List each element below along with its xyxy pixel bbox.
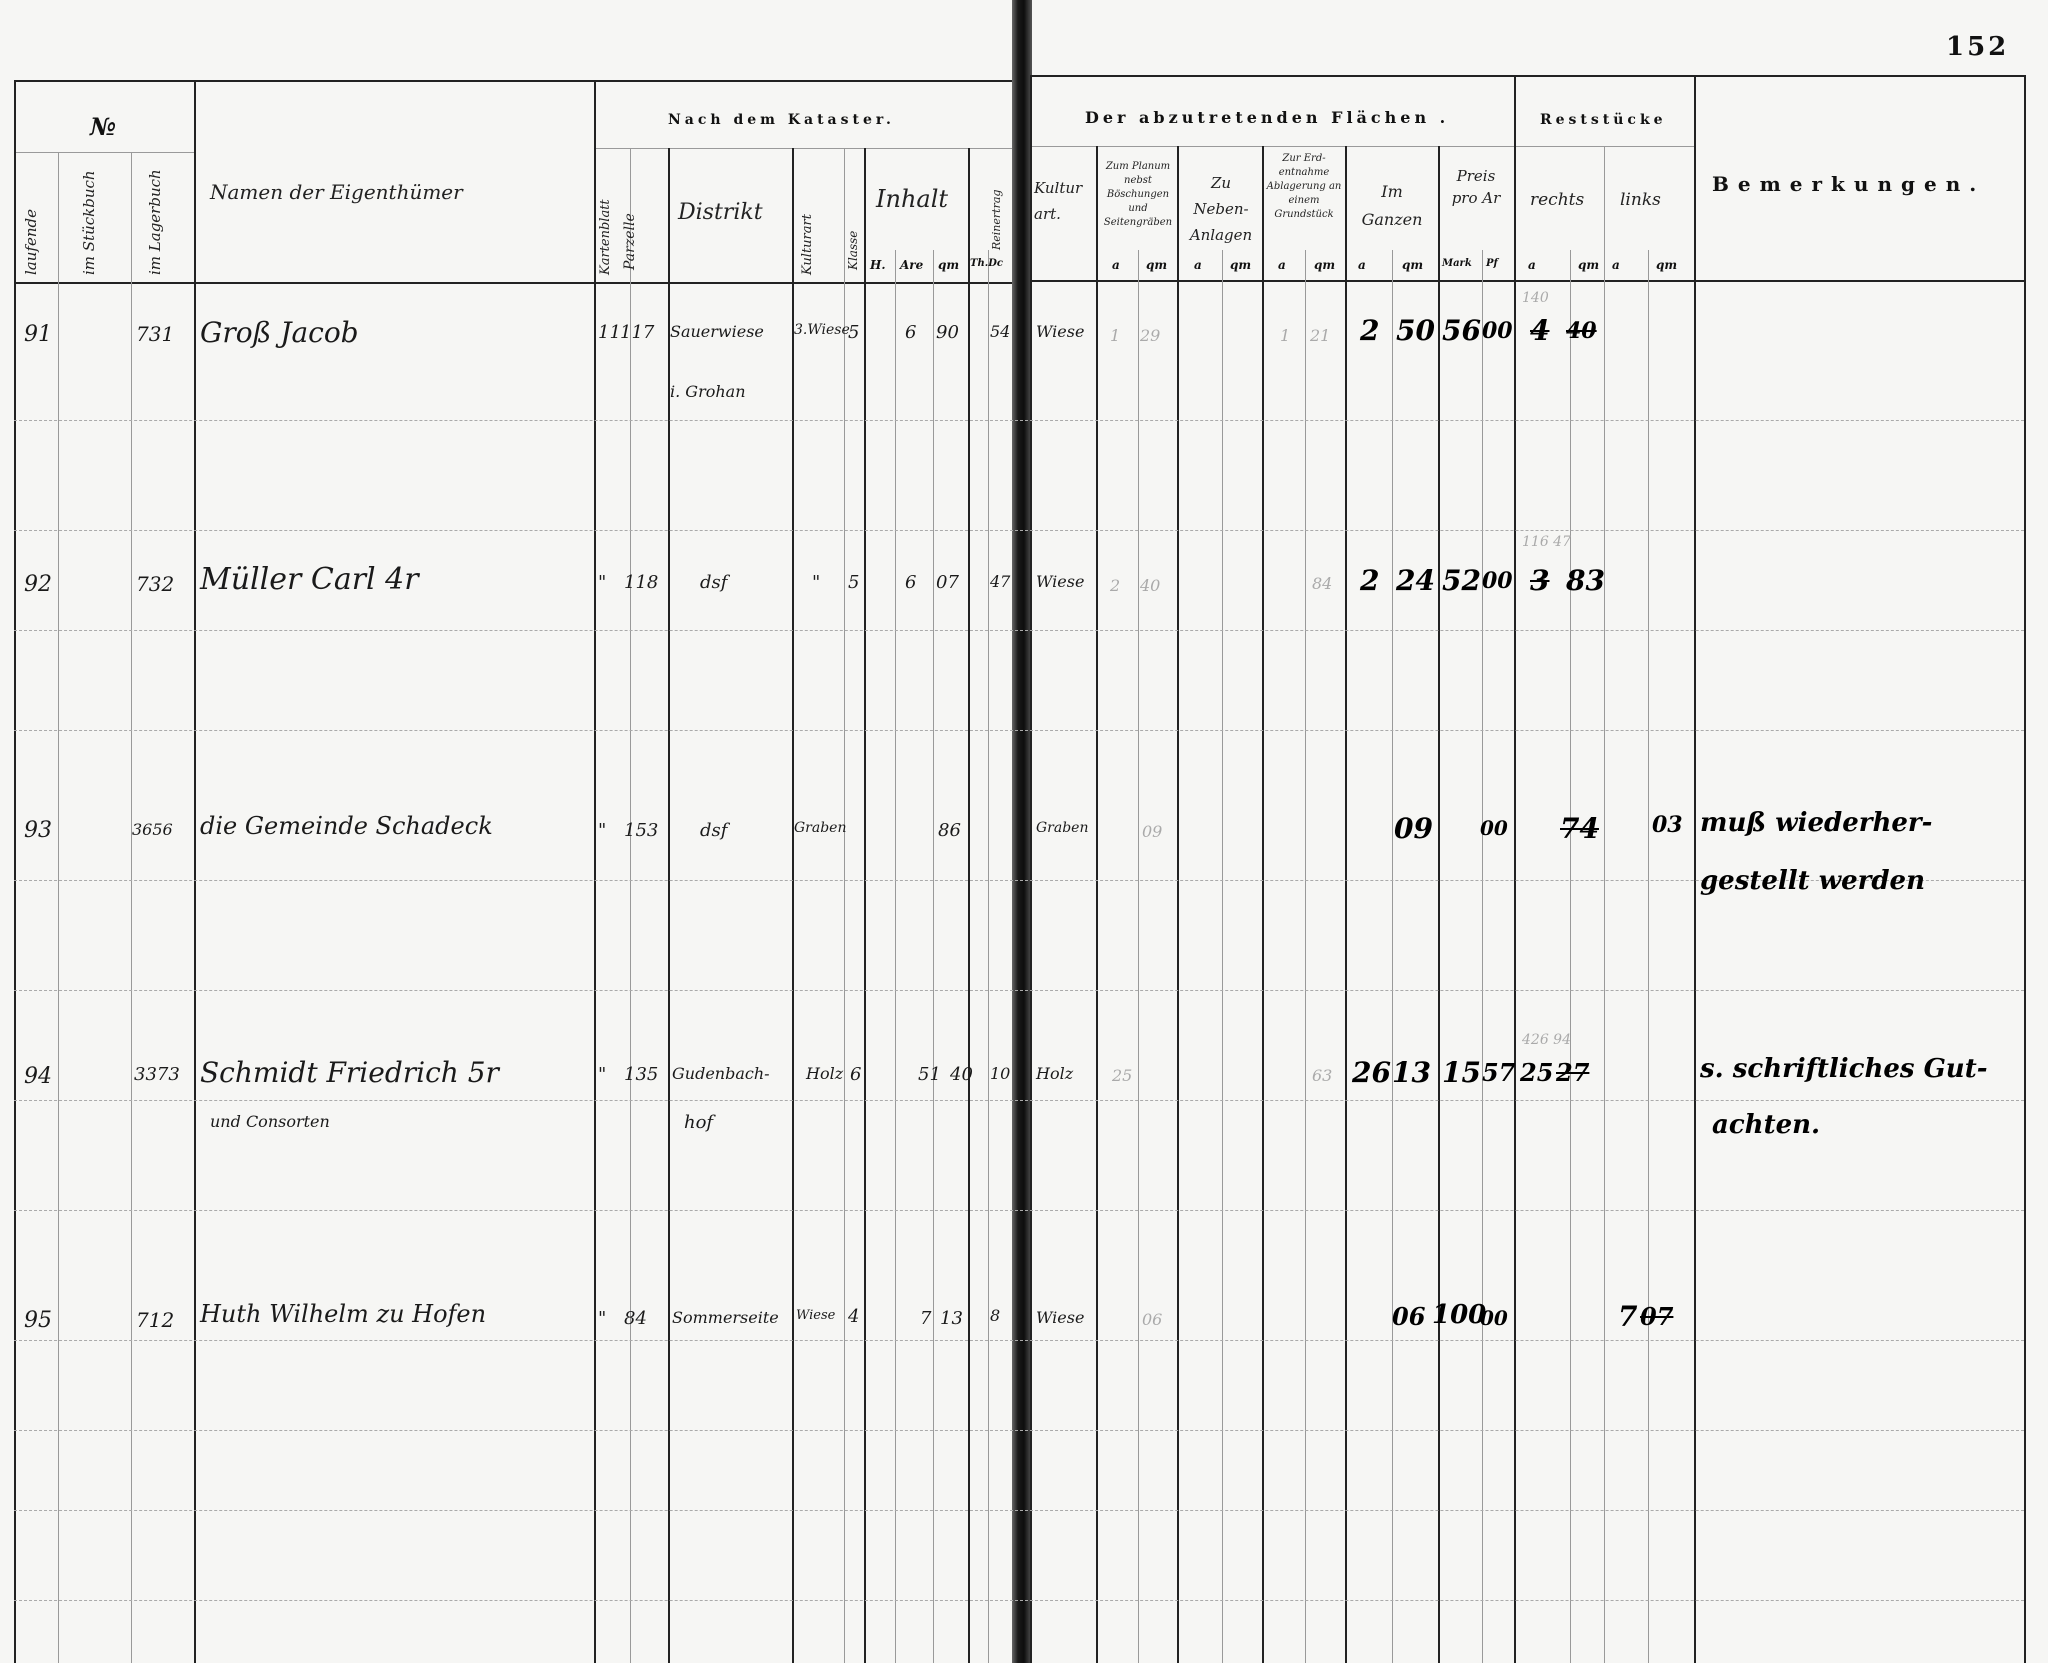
laufende-nr: 95 (24, 1308, 52, 1333)
rechts-qm: 74 (1560, 812, 1599, 845)
col-divider (1305, 250, 1306, 1663)
header-klasse: Klasse (846, 231, 860, 270)
reinertrag: 8 (990, 1306, 1000, 1325)
header-stuckbuch: im Stückbuch (80, 170, 98, 275)
distrikt: Gudenbach- (672, 1064, 770, 1083)
kulturart: Holz (806, 1064, 843, 1083)
unit-thdc: Th.Dc (970, 258, 1003, 269)
remark-text: muß wiederher- (1700, 808, 1932, 838)
unit-a: a (1278, 258, 1286, 272)
col-divider (933, 250, 934, 1663)
klasse: 4 (848, 1306, 859, 1327)
kartenblatt: " (598, 1064, 606, 1085)
unit-qm: qm (1656, 258, 1677, 272)
left-top-border (14, 80, 1012, 82)
laufende-nr: 93 (24, 818, 52, 843)
unit-are: Are (900, 258, 923, 272)
kulturart: " (812, 572, 820, 593)
col-divider (844, 148, 845, 1663)
left-cadastre-sub-divider (594, 148, 1012, 149)
kartenblatt: " (598, 1308, 606, 1329)
unit-qm: qm (1578, 258, 1599, 272)
klasse: 5 (848, 572, 859, 593)
preis-pf: 57 (1482, 1058, 1515, 1087)
preis-mark: 100 (1432, 1300, 1486, 1330)
stuckbuch-nr: 3373 (134, 1064, 180, 1085)
col-divider (968, 148, 970, 1663)
header-parzelle: Parzelle (622, 213, 638, 270)
col-divider (131, 152, 132, 1663)
header-distrikt: Distrikt (678, 200, 763, 225)
number-group-header: № (90, 112, 120, 141)
rechts-note: 140 (1522, 290, 1549, 306)
col-divider (1222, 250, 1223, 1663)
header-ablagerung: Zur Erd-entnahme Ablagerung an einem Gru… (1266, 152, 1342, 222)
col-divider (1694, 75, 1696, 1663)
laufende-nr: 91 (24, 322, 52, 347)
unit-qm: qm (1402, 258, 1423, 272)
col-divider (792, 148, 794, 1663)
unit-a: a (1112, 258, 1120, 272)
remark-text-line2: achten. (1712, 1110, 1820, 1140)
kartenblatt: " (598, 820, 606, 841)
header-planum: Zum Planum nebst Böschungen und Seitengr… (1100, 160, 1176, 230)
col-divider (594, 80, 596, 1663)
areas-group-header: Der abzutretenden Flächen . (1085, 108, 1449, 127)
right-top-border (1030, 75, 2024, 77)
klasse: 6 (850, 1064, 861, 1085)
remark-text-line2: gestellt werden (1700, 866, 1925, 896)
inhalt-qm: 90 (936, 322, 959, 343)
header-kulturart: Kulturart (800, 214, 815, 275)
col-divider (630, 148, 631, 1663)
owner-name: Schmidt Friedrich 5r (200, 1056, 499, 1089)
preis-mark: 56 (1442, 314, 1481, 347)
ganzen-qm: 09 (1394, 812, 1433, 845)
col-divider (1138, 250, 1139, 1663)
inhalt-qm: 13 (940, 1308, 963, 1329)
remarks-header: Bemerkungen. (1712, 172, 1985, 196)
rechts-note: 116 47 (1522, 534, 1571, 550)
grid-line (14, 1210, 2024, 1211)
ablagerung-qm: 21 (1310, 326, 1330, 345)
col-divider (1262, 146, 1264, 1663)
page-number: 152 (1946, 32, 2009, 62)
col-divider (1177, 146, 1179, 1663)
owner-name: Groß Jacob (200, 316, 359, 349)
header-im-ganzen: Im Ganzen (1350, 178, 1434, 234)
right-outer-border (2024, 75, 2026, 1663)
header-kartenblatt: Kartenblatt (598, 199, 613, 275)
planum-a: 25 (1112, 1066, 1132, 1085)
planum-qm: 40 (1140, 576, 1160, 595)
ablagerung-qm: 84 (1312, 574, 1332, 593)
r-kulturart: Holz (1036, 1064, 1073, 1083)
grid-line (14, 1430, 2024, 1431)
grid-line (14, 630, 2024, 631)
right-areas-sub-divider (1030, 146, 1514, 147)
kartenblatt: " (598, 572, 606, 593)
ganzen-qm: 24 (1396, 564, 1435, 597)
header-r-kulturart: Kultur art. (1034, 175, 1094, 227)
distrikt: dsf (700, 820, 727, 841)
col-divider (1096, 146, 1098, 1663)
unit-pf: Pf (1486, 258, 1498, 269)
col-divider (1514, 75, 1516, 1663)
owner-name: Huth Wilhelm zu Hofen (200, 1300, 486, 1328)
kulturart: Wiese (796, 1308, 835, 1323)
grid-line (14, 1510, 2024, 1511)
col-divider (58, 152, 59, 1663)
r-kulturart: Wiese (1036, 322, 1084, 341)
ablagerung-a: 1 (1280, 326, 1290, 345)
planum-qm: 09 (1142, 822, 1162, 841)
kulturart: 3.Wiese (794, 322, 850, 338)
planum-qm: 29 (1140, 326, 1160, 345)
unit-qm: qm (938, 258, 959, 272)
unit-mark: Mark (1442, 258, 1472, 269)
col-divider (1482, 250, 1483, 1663)
planum-a: 2 (1110, 576, 1120, 595)
inhalt-qm: 07 (936, 572, 959, 593)
ganzen-a: 26 (1352, 1056, 1391, 1089)
header-lagerbuch: im Lagerbuch (146, 169, 164, 275)
header-laufende: laufende (22, 209, 40, 275)
grid-line (14, 1600, 2024, 1601)
cadastre-group-header: Nach dem Kataster. (668, 112, 895, 128)
preis-pf: 00 (1482, 568, 1513, 594)
rechts-a: 3 (1530, 564, 1549, 597)
col-divider (864, 148, 866, 1663)
rechts-note: 426 94 (1522, 1032, 1571, 1048)
preis-pf: 00 (1480, 816, 1508, 840)
header-links: links (1620, 190, 1661, 210)
header-owner-names: Namen der Eigenthümer (210, 180, 463, 204)
unit-a: a (1612, 258, 1620, 272)
unit-a: a (1528, 258, 1536, 272)
unit-qm: qm (1314, 258, 1335, 272)
inhalt-are: 7 (920, 1308, 931, 1329)
preis-mark: 52 (1442, 564, 1481, 597)
rechts-a: 4 (1530, 314, 1549, 347)
grid-line (14, 1100, 2024, 1101)
ablagerung-qm: 63 (1312, 1066, 1332, 1085)
col-divider (1570, 250, 1571, 1663)
ganzen-a: 2 (1360, 564, 1379, 597)
links-a: 7 (1618, 1300, 1637, 1333)
left-border (14, 80, 16, 1663)
reinertrag: 10 (990, 1064, 1010, 1083)
reinertrag: 47 (990, 572, 1010, 591)
links-qm: 07 (1640, 1302, 1673, 1331)
col-divider (895, 250, 896, 1663)
grid-line (14, 990, 2024, 991)
kartenblatt: 11 (598, 322, 621, 343)
r-kulturart: Wiese (1036, 1308, 1084, 1327)
ganzen-qm: 13 (1392, 1056, 1431, 1089)
ganzen-qm: 50 (1396, 314, 1435, 347)
col-divider (668, 148, 670, 1663)
right-inner-border (1030, 75, 1032, 1663)
grid-line (14, 420, 2024, 421)
grid-line (14, 730, 2024, 731)
header-inhalt: Inhalt (876, 185, 948, 213)
col-divider (1648, 250, 1649, 1663)
header-nebenanlagen: Zu Neben-Anlagen (1182, 170, 1260, 248)
rechts-qm: 83 (1566, 564, 1605, 597)
col-divider (194, 80, 196, 1663)
distrikt-line2: hof (684, 1112, 713, 1133)
owner-name-line2: und Consorten (210, 1112, 330, 1131)
owner-name: Müller Carl 4r (200, 562, 419, 597)
unit-a: a (1358, 258, 1366, 272)
klasse: 5 (848, 322, 859, 343)
kulturart: Graben (794, 820, 847, 836)
r-kulturart: Graben (1036, 820, 1089, 836)
header-preis: Preis pro Ar (1442, 165, 1510, 209)
parzelle: 135 (624, 1064, 658, 1085)
laufende-nr: 94 (24, 1064, 52, 1089)
header-reinertrag: Reinertrag (990, 190, 1003, 250)
r-kulturart: Wiese (1036, 572, 1084, 591)
ganzen-a: 2 (1360, 314, 1379, 347)
right-header-bottom-border (1030, 280, 2024, 282)
inhalt-qm: 40 (950, 1064, 973, 1085)
laufende-nr: 92 (24, 572, 52, 597)
preis-pf: 00 (1482, 318, 1513, 344)
distrikt: Sommerseite (672, 1308, 779, 1327)
planum-qm: 06 (1142, 1310, 1162, 1329)
rechts-qm: 40 (1566, 318, 1597, 344)
inhalt-are: 6 (905, 572, 916, 593)
col-divider (1392, 250, 1393, 1663)
col-divider (1438, 146, 1440, 1663)
preis-pf: 00 (1480, 1306, 1508, 1330)
preis-mark: 15 (1442, 1056, 1481, 1089)
grid-line (14, 530, 2024, 531)
unit-qm: qm (1230, 258, 1251, 272)
unit-a: a (1194, 258, 1202, 272)
stuckbuch-nr: 3656 (132, 820, 173, 839)
remainders-group-header: Reststücke (1540, 112, 1667, 128)
distrikt: dsf (700, 572, 727, 593)
inhalt-are: 51 (918, 1064, 941, 1085)
distrikt: Sauerwiese (670, 322, 764, 341)
stuckbuch-nr: 732 (136, 572, 174, 596)
unit-qm: qm (1146, 258, 1167, 272)
stuckbuch-nr: 712 (136, 1308, 174, 1332)
stuckbuch-nr: 731 (136, 322, 174, 346)
distrikt-line2: i. Grohan (670, 382, 746, 401)
parzelle: 118 (624, 572, 658, 593)
col-divider (1604, 146, 1605, 1663)
owner-name: die Gemeinde Schadeck (200, 812, 493, 840)
ganzen-qm: 06 (1392, 1302, 1425, 1331)
parzelle: 84 (624, 1308, 647, 1329)
inhalt-are: 6 (905, 322, 916, 343)
book-spine (1012, 0, 1032, 1663)
links-qm: 03 (1652, 812, 1683, 838)
col-divider (1345, 146, 1347, 1663)
planum-a: 1 (1110, 326, 1120, 345)
parzelle: 153 (624, 820, 658, 841)
rechts-qm: 27 (1556, 1058, 1589, 1087)
parzelle: 117 (620, 322, 654, 343)
col-divider (988, 250, 989, 1663)
rechts-a: 25 (1520, 1058, 1553, 1087)
unit-h: H. (870, 258, 886, 272)
left-header-bottom-border (14, 282, 1012, 284)
left-number-sub-divider (14, 152, 194, 153)
remark-text: s. schriftliches Gut- (1700, 1054, 1988, 1084)
header-rechts: rechts (1530, 190, 1584, 210)
reinertrag: 54 (990, 322, 1010, 341)
inhalt-qm: 86 (938, 820, 961, 841)
grid-line (14, 1340, 2024, 1341)
